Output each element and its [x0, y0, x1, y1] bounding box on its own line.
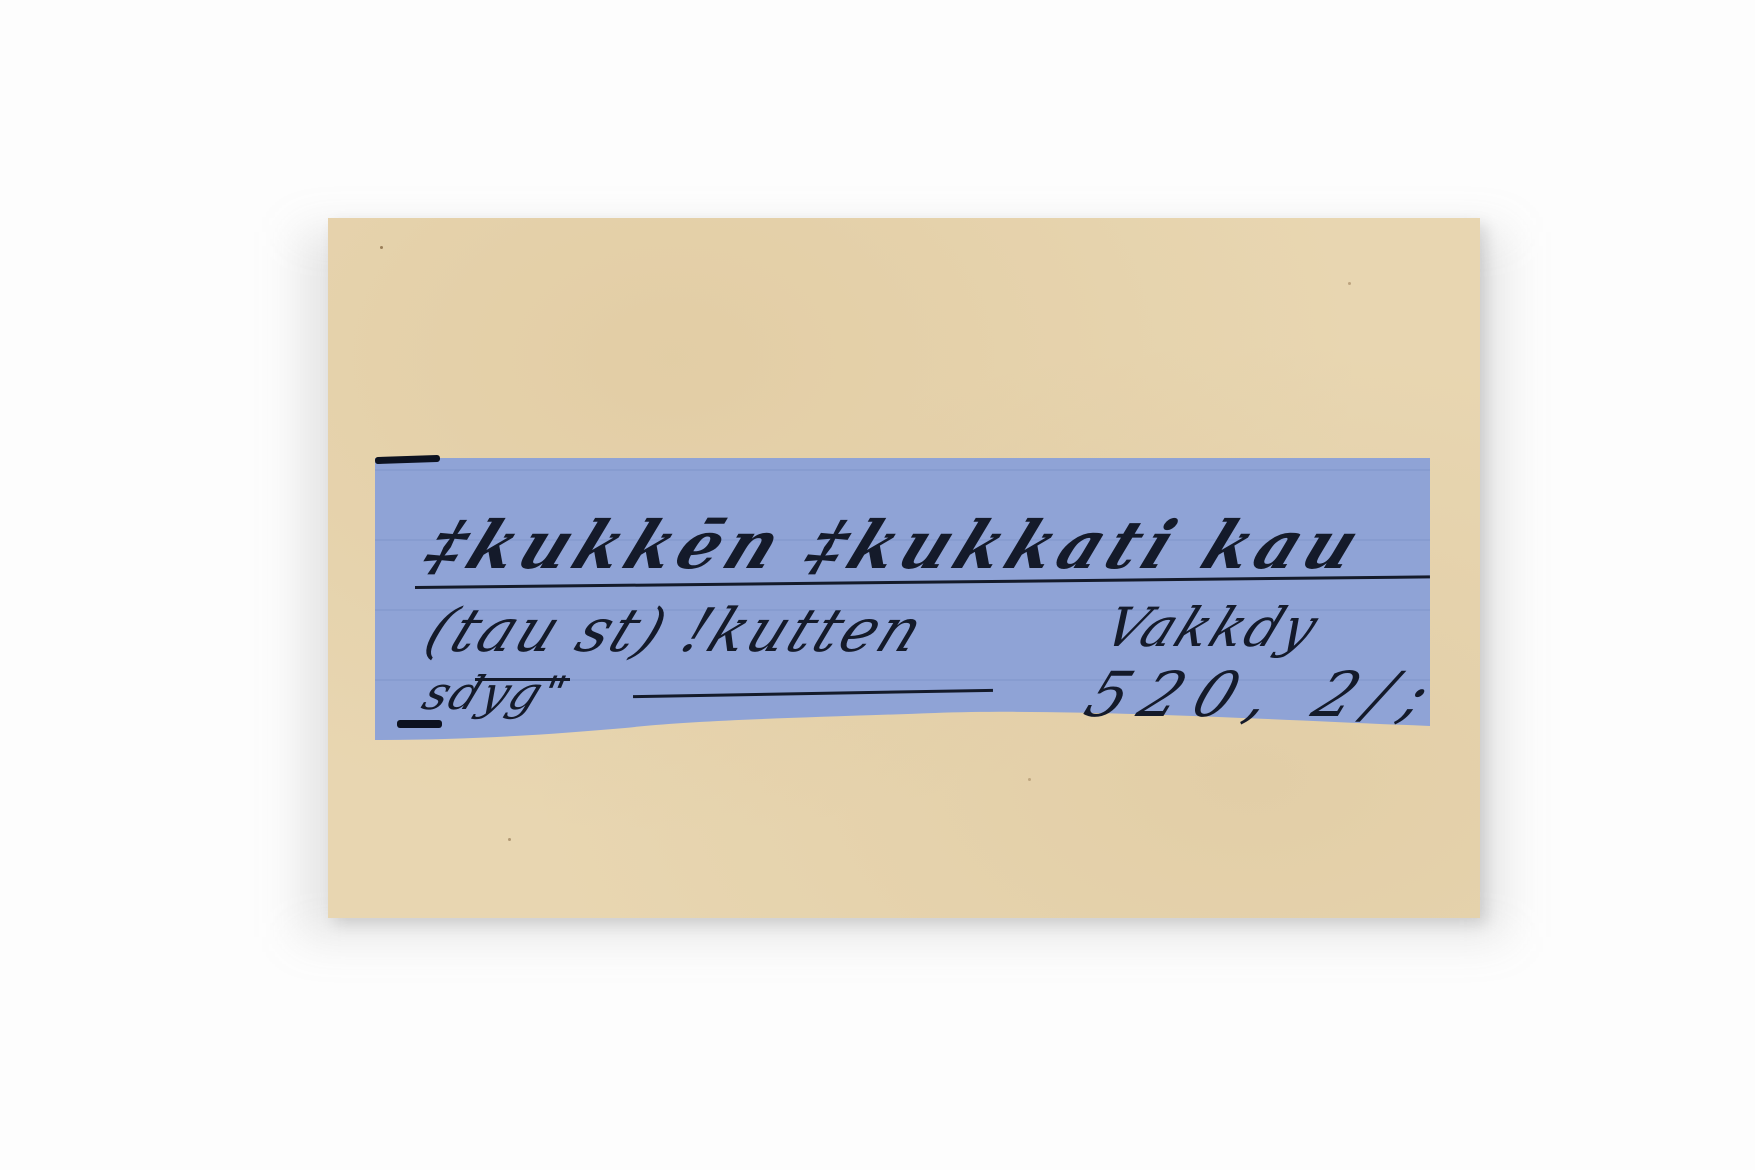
archival-card: ‡kukkēn ‡kukkati kau (tau st) !kutten Va… — [328, 218, 1480, 918]
ink-mark — [397, 720, 442, 728]
handwriting-line-3-right: 520, 2/; — [1075, 658, 1455, 731]
handwriting-line-2-right: Vakkdy — [1095, 596, 1329, 659]
handwriting-line-1: ‡kukkēn ‡kukkati kau — [415, 506, 1377, 584]
paper-speck — [1028, 778, 1031, 781]
blue-paper-strip: ‡kukkēn ‡kukkati kau (tau st) !kutten Va… — [375, 458, 1430, 740]
handwriting-line-2-left: (tau st) !kutten — [415, 596, 935, 666]
paper-speck — [380, 246, 383, 249]
paper-speck — [1348, 282, 1351, 285]
paper-speck — [508, 838, 511, 841]
photo-stage: ‡kukkēn ‡kukkati kau (tau st) !kutten Va… — [0, 0, 1755, 1170]
handwriting-line-3-left: sdyg" — [415, 666, 576, 720]
